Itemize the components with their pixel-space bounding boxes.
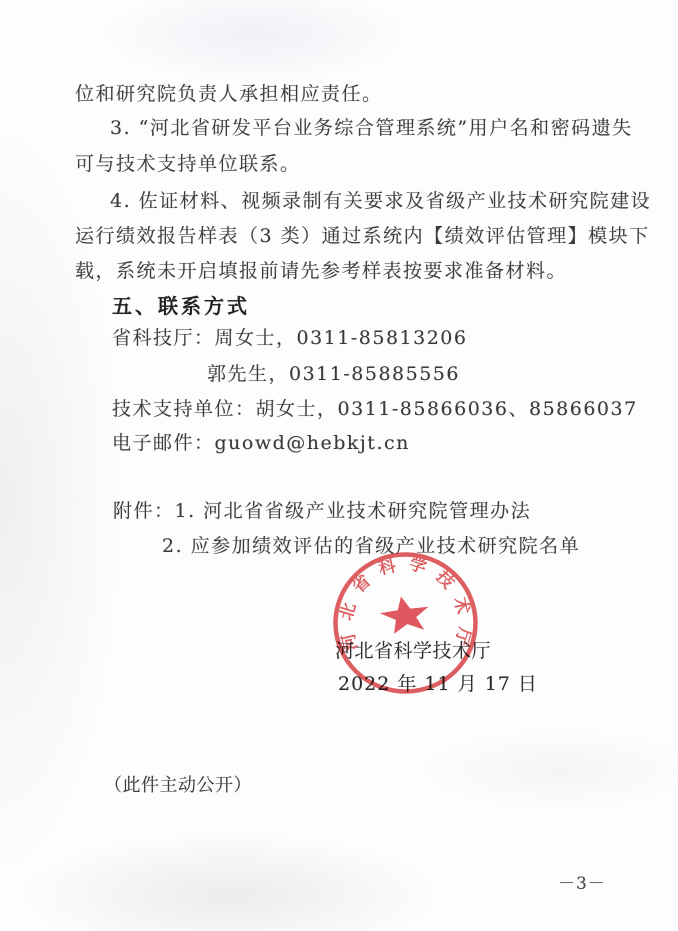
contact-line-email: 电子邮件：guowd@hebkjt.cn bbox=[112, 428, 410, 455]
page-number: －3－ bbox=[558, 869, 606, 894]
body-line: 位和研究院负责人承担相应责任。 bbox=[75, 79, 383, 106]
body-line: 4. 佐证材料、视频录制有关要求及省级产业技术研究院建设 bbox=[110, 186, 651, 213]
section-heading: 五、联系方式 bbox=[112, 290, 250, 319]
seal-star-icon bbox=[377, 593, 434, 635]
document-page: 位和研究院负责人承担相应责任。 3. “河北省研发平台业务综合管理系统”用户名和… bbox=[0, 0, 678, 931]
body-line: 可与技术支持单位联系。 bbox=[75, 149, 301, 176]
disclosure-note: （此件主动公开） bbox=[104, 771, 252, 797]
body-line: 运行绩效报告样表（3 类）通过系统内【绩效评估管理】模块下 bbox=[75, 221, 650, 248]
contact-line: 技术支持单位：胡女士，0311-85866036、85866037 bbox=[112, 394, 638, 421]
body-line: 3. “河北省研发平台业务综合管理系统”用户名和密码遗失 bbox=[110, 113, 633, 140]
attachment-line: 附件：1. 河北省省级产业技术研究院管理办法 bbox=[113, 496, 531, 523]
body-line: 载，系统未开启填报前请先参考样表按要求准备材料。 bbox=[75, 256, 567, 283]
official-seal: 河北省科学技术厅 bbox=[331, 550, 481, 697]
contact-line: 郭先生，0311-85885556 bbox=[207, 359, 460, 386]
contact-line: 省科技厅：周女士，0311-85813206 bbox=[112, 323, 467, 350]
